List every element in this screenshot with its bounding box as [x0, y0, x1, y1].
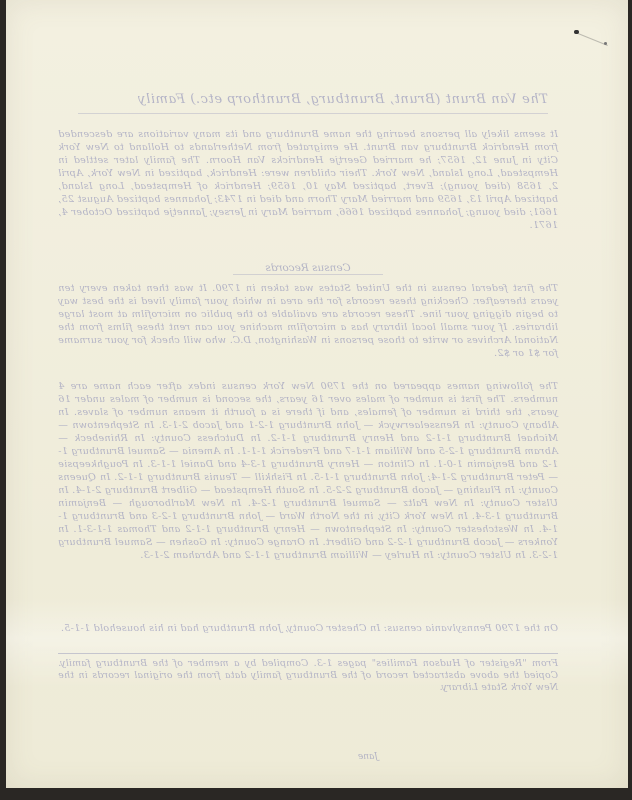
paragraph-census-intro: The first federal census in the United S… [58, 282, 558, 360]
section-heading: Census Records [233, 262, 383, 275]
bleed-through-text: The Van Brunt (Brunt, Bruntburg, Bruntho… [6, 0, 628, 788]
document-title: The Van Brunt (Brunt, Bruntburg, Bruntho… [78, 92, 548, 114]
paper-sheet: The Van Brunt (Brunt, Bruntburg, Bruntho… [6, 0, 628, 788]
paragraph-census-names: The following names appeared on the 1790… [58, 380, 558, 562]
footnote: From "Register of Hudson Families" pages… [58, 658, 558, 694]
paragraph-family-origins: It seems likely all persons bearing the … [58, 128, 558, 232]
paragraph-pennsylvania: On the 1790 Pennsylvania census: In Ches… [58, 622, 558, 635]
signature: Jane [358, 752, 378, 762]
divider-rule [58, 653, 558, 654]
